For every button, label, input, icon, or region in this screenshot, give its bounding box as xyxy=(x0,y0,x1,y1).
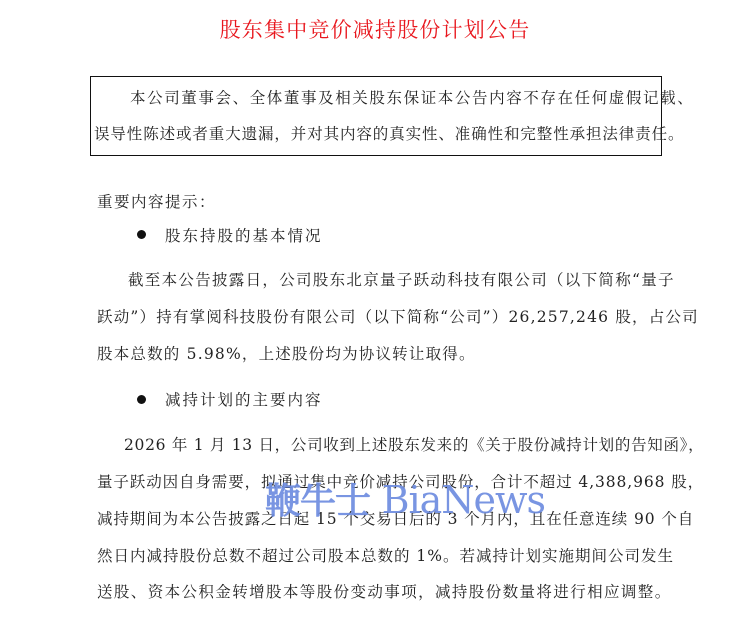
bullet-icon xyxy=(137,395,146,404)
watermark-cn: 鞭牛士 xyxy=(265,480,370,522)
paragraph-line: 2026 年 1 月 13 日，公司收到上述股东发来的《关于股份减持计划的告知函… xyxy=(124,433,704,455)
disclaimer-line-1: 本公司董事会、全体董事及相关股东保证本公告内容不存在任何虚假记载、 xyxy=(130,86,694,108)
paragraph-line: 送股、资本公积金转增股本等股份变动事项，减持股份数量将进行相应调整。 xyxy=(97,580,672,602)
paragraph-line: 跃动”）持有掌阅科技股份有限公司（以下简称“公司”）26,257,246 股，占… xyxy=(97,305,699,327)
watermark-logo: 鞭牛士 BiaNews xyxy=(265,478,545,523)
paragraph-line: 股本总数的 5.98%，上述股份均为协议转让取得。 xyxy=(97,342,476,364)
paragraph-line: 截至本公告披露日，公司股东北京量子跃动科技有限公司（以下简称“量子 xyxy=(128,268,675,290)
watermark-en: BiaNews xyxy=(382,478,546,522)
document-title: 股东集中竞价减持股份计划公告 xyxy=(0,14,750,44)
disclaimer-line-2: 误导性陈述或者重大遗漏，并对其内容的真实性、准确性和完整性承担法律责任。 xyxy=(94,122,684,144)
section-heading-reduction-plan: 减持计划的主要内容 xyxy=(165,388,323,410)
key-points-heading: 重要内容提示： xyxy=(97,190,216,212)
paragraph-line: 然日内减持股份总数不超过公司股本总数的 1%。若减持计划实施期间公司发生 xyxy=(97,544,674,566)
section-heading-holding: 股东持股的基本情况 xyxy=(165,224,323,246)
bullet-icon xyxy=(137,230,146,239)
